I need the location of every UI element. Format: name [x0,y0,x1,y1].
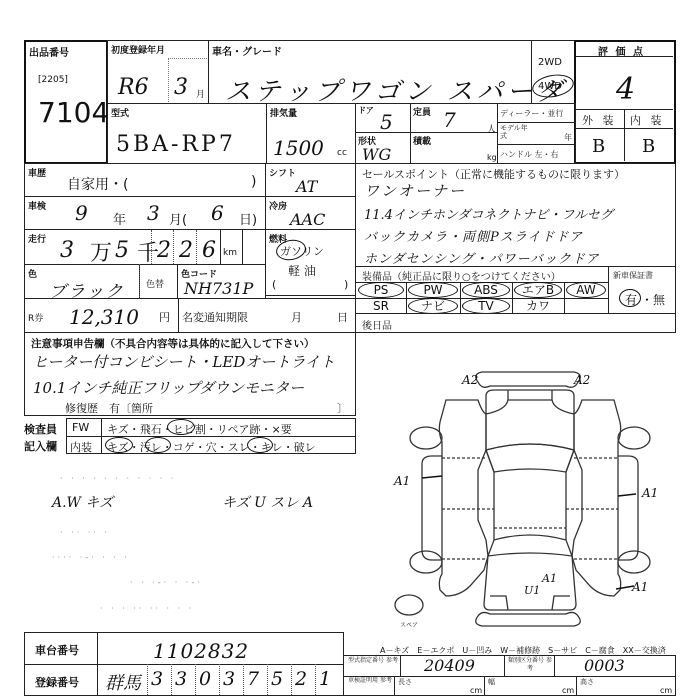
sales-point-line: ホンダセンシング・パワーバックドア [364,248,600,267]
aftermarket-label: 後日品 [362,317,392,332]
sales-point-line: ワンオーナー [364,180,466,201]
fw-items: キズ・飛石・ヒビ割・リペア跡・×要 [107,421,292,437]
lot-number-box: 出品番号 [2205] 7104 [24,40,108,164]
cm-unit: cm [470,686,482,695]
mileage-man: 3 [60,238,74,263]
interior-grade: B [642,136,655,157]
equipment-circle [462,298,510,314]
equipment-item: ABS [460,282,512,298]
first-reg-month: 3 [174,75,188,100]
equipment-box: 装備品（純正品に限り○をつけてください） PSPWABSエアBAWSRナビTVカ… [355,266,609,314]
load-unit: kg [487,153,497,162]
reference-box: 型式指定番号 参考 20409 類別区分番号 参考 0003 車検証明用 参考 … [343,655,676,696]
remark: キズ U スレ A [222,492,313,512]
drive-2wd: 2WD [538,57,562,68]
grade-label: 評 価 点 [598,43,645,58]
chassis-label: 車台番号 [35,642,79,658]
inspection-day: 6 [211,201,224,225]
grade-box: 評 価 点 4 外 装 内 装 B B [574,40,676,164]
doors-value: 5 [380,110,393,134]
chassis-number: 1102832 [153,639,249,663]
inspector-table: FW キズ・飛石・ヒビ割・リペア跡・×要 内装 キズ・汚レ・コゲ・穴・スレ・キレ… [66,418,356,454]
equipment-item: ナビ [406,298,460,314]
year-unit: 年 [113,209,126,228]
fw-label: FW [72,421,89,434]
warranty-label: 新車保証書 [613,270,653,281]
inspector-label-1: 検査員 [24,421,57,437]
sales-points-box: セールスポイント（正常に機能するものに限ります） ワンオーナー 11.4インチホ… [355,163,676,267]
first-reg-year: R6 [118,75,149,100]
car-name-box: 車名・グレード ステップワゴン スパーダ [208,40,532,104]
dealer-box: ディーラー・並行 モデル年式 年 ハンドル 左・右 [497,103,576,164]
load-box: 積載 kg [410,132,498,164]
usage-box: 車歴 自家用・( ) [24,163,266,197]
equipment-item-label: カワ [512,298,564,314]
equipment-item: エアB [512,282,564,298]
lot-number: 7104 [38,96,109,129]
warranty-no: ・無 [641,291,665,308]
repair-history-label: 修復歴 有〔箇所 [65,400,153,416]
first-registration-box: 初度登録年月 R6 3 月 [107,40,209,104]
length-label: 長さ [398,677,412,687]
sales-point-line: バックカメラ・両側Pスライドドア [364,226,583,245]
equipment-item: カワ [512,298,564,314]
equipment-circle [358,282,404,298]
model-code-box: 型式 5BA-RP7 [107,103,267,164]
inspection-month: 3 [147,201,160,225]
name-change-month: 月 [291,309,302,325]
equipment-circle [514,282,562,298]
equipment-item-label: SR [356,298,406,314]
body-box: 形状 WG [355,132,411,164]
notes-line: 10.1インチ純正フリップダウンモニター [33,377,304,398]
damage-mark: A1 [642,486,658,500]
displacement-label: 排気量 [270,106,297,119]
color-code-box: 色コード NH731P [177,264,266,299]
fw-circled-item [167,419,195,435]
warranty-selected-circle [619,289,641,307]
capacity-box: 定員 7 人 [410,103,498,133]
displacement-box: 排気量 1500 cc [266,103,356,164]
mileage-unit: km [223,248,237,258]
drive-box: 2WD 4WD [531,40,576,104]
reg-digit: 1 [319,668,331,690]
mileage-digit: 6 [202,238,216,263]
damage-mark: A2 [574,373,590,387]
reg-digit: 2 [295,668,307,690]
lot-label: 出品番号 [29,44,69,59]
mileage-box: 走行 3 万 5 千 2 2 6 km [24,229,266,265]
ac-value: AAC [290,210,325,229]
mileage-sen-unit: 千 [137,236,159,267]
interior-circled-item [105,437,133,453]
notes-label: 注意事項申告欄（不具合内容等は具体的に記入して下さい） [31,336,315,351]
equipment-item [564,298,608,314]
usage-value: 自家用・( [67,174,128,194]
type-designation-label: 型式指定番号 参考 [346,657,400,665]
month-unit: 月( [169,209,187,228]
car-name-label: 車名・グレード [212,43,282,58]
reg-digit: 3 [151,668,163,690]
mileage-label: 走行 [28,232,46,245]
name-change-label: 名変通知期限 [182,309,248,325]
ac-box: 冷房 AAC [265,196,356,230]
equipment-circle [462,282,510,298]
fuel-box: 燃料 ガソリン 軽 油 ( ) [265,229,356,296]
equipment-item: TV [460,298,512,314]
inspection-box: 車検 9 年 3 月( 6 日) [24,196,266,230]
dealer-label: ディーラー・並行 [500,108,563,119]
shift-label: シフト [269,166,296,179]
capacity-value: 7 [443,108,456,132]
day-unit: 日) [239,209,257,228]
lot-sub: [2205] [38,75,68,85]
month-unit: 月 [196,87,205,100]
doors-box: ドア 5 [355,103,411,133]
equipment-item: SR [356,298,406,314]
sales-point-line: 11.4インチホンダコネクトナビ・フルセグ [364,204,613,223]
yen-unit: 円 [159,309,170,325]
cm-unit: cm [660,686,672,695]
body-value: WG [362,145,391,164]
recycle-label: R券 [28,311,43,324]
reg-digit: 5 [271,668,283,690]
recycle-amount: 12,310 [69,305,139,329]
drive-selected-circle [530,72,575,101]
equipment-circle [566,282,606,298]
name-change-box: 名変通知期限 月 日 [178,298,356,333]
category-value: 0003 [584,656,625,675]
reg-digit: 3 [175,668,187,690]
notes-line: ヒーター付コンビシート・LEDオートライト [33,351,335,372]
inspection-year: 9 [75,201,88,225]
notes-box: 注意事項申告欄（不具合内容等は具体的に記入して下さい） ヒーター付コンビシート・… [24,332,356,416]
repair-history-close: 〕 [337,400,348,416]
chassis-reg-box: 車台番号 1102832 登録番号 群馬 33037521 [24,632,344,696]
interior-items: キズ・汚レ・コゲ・穴・スレ・キレ・破レ [107,439,316,455]
damage-mark: A1 [632,580,648,594]
year-unit: 年 [564,132,572,143]
mileage-digit: 2 [157,238,171,263]
reg-label: 登録番号 [35,674,79,690]
first-reg-label: 初度登録年月 [111,43,165,56]
equipment-item: PW [406,282,460,298]
mileage-man-unit: 万 [90,236,112,267]
aftermarket-box: 後日品 [355,313,676,333]
damage-mark: U1 [524,584,540,597]
exterior-label: 外 装 [582,112,617,128]
model-year-label: モデル年式 [500,124,530,140]
interior-label: 内 装 [630,112,665,128]
height-label: 高さ [580,677,594,687]
warranty-box: 新車保証書 有 ・無 [608,266,676,314]
spare-label: スペア [400,620,418,629]
usage-label: 車歴 [28,166,46,179]
color-code-value: NH731P [184,279,253,298]
color-box: 色 ブラック [24,264,140,299]
cm-unit: cm [562,686,574,695]
type-designation-value: 20409 [424,656,475,675]
reg-digit: 3 [223,668,235,690]
grade-value: 4 [616,72,635,107]
mileage-digit: 2 [179,238,193,263]
damage-mark: A1 [394,474,410,488]
capacity-label: 定員 [413,105,431,118]
inspection-label: 車検 [28,199,46,212]
color-label: 色 [28,267,37,280]
recycle-box: R券 12,310 円 [24,298,179,333]
reg-digit: 7 [247,668,259,690]
model-code: 5BA-RP7 [116,132,236,157]
equipment-item: PS [356,282,406,298]
damage-mark: A1 [542,572,557,585]
width-label: 幅 [488,677,495,687]
fuel-diesel: 軽 油 [288,262,316,279]
reg-digit: 0 [199,668,211,690]
shift-value: AT [296,177,317,196]
doors-label: ドア [358,105,374,116]
color-change-box: 色替 [140,264,178,299]
usage-close: ) [251,174,256,190]
damage-mark: A2 [462,373,478,387]
interior-label: 内装 [70,439,92,455]
reg-region: 群馬 [105,669,141,695]
mileage-sen: 5 [115,238,129,263]
exterior-grade: B [592,136,605,157]
interior-circled-item [247,437,273,453]
displacement-unit: cc [337,148,347,158]
inspector-label-2: 記入欄 [24,438,57,454]
equipment-circle [408,298,458,314]
equipment-item: AW [564,282,608,298]
interior-circled-item [145,437,171,453]
ac-label: 冷房 [269,199,287,212]
color-change-label: 色替 [146,277,164,290]
remark: A.W キズ [52,492,113,512]
equipment-circle [408,282,458,298]
cert-label: 車検証明用 参考 [346,677,394,685]
handle-label: ハンドル 左・右 [500,149,559,160]
name-change-day: 日 [337,309,348,325]
category-label: 類別区分番号 参考 [506,657,554,673]
displacement-value: 1500 [273,136,324,160]
load-label: 積載 [413,134,431,147]
equipment-label: 装備品（純正品に限り○をつけてください） [362,268,561,283]
shift-box: シフト AT [265,163,356,197]
model-code-label: 型式 [111,106,129,119]
